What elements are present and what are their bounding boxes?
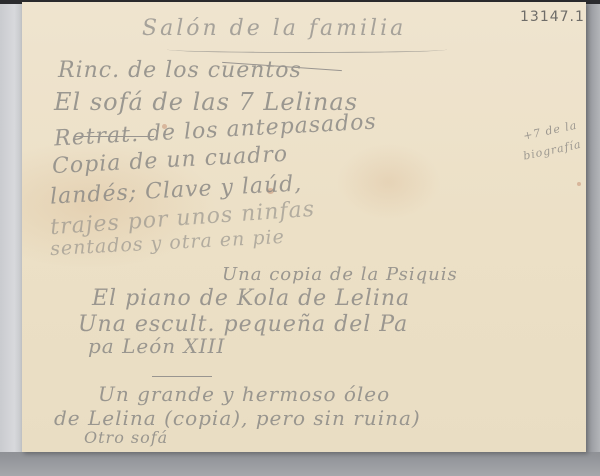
strike-mark (74, 136, 154, 137)
note-line: El sofá de las 7 Lelinas (54, 88, 358, 116)
margin-note: biografía (522, 138, 583, 163)
note-line: Rinc. de los cuentos (58, 58, 302, 83)
underline-mark (152, 376, 212, 377)
title-underline (167, 46, 447, 53)
page-title: Salón de la familia (142, 16, 406, 41)
catalog-number: 13147.1 (520, 9, 585, 25)
note-line: de Lelina (copia), pero sin ruina) (54, 406, 421, 430)
note-line: Una copia de la Psiquis (222, 264, 458, 285)
background-right (586, 0, 600, 476)
note-line: pa León XIII (88, 334, 225, 358)
note-line: Otro sofá (84, 428, 168, 447)
note-line: Un grande y hermoso óleo (98, 382, 390, 406)
note-line: El piano de Kola de Lelina (92, 286, 410, 311)
paper-sheet: Salón de la familia 13147.1 Rinc. de los… (22, 2, 586, 452)
background-bottom (0, 452, 600, 476)
stain-mark (577, 182, 581, 186)
background-left (0, 0, 24, 476)
